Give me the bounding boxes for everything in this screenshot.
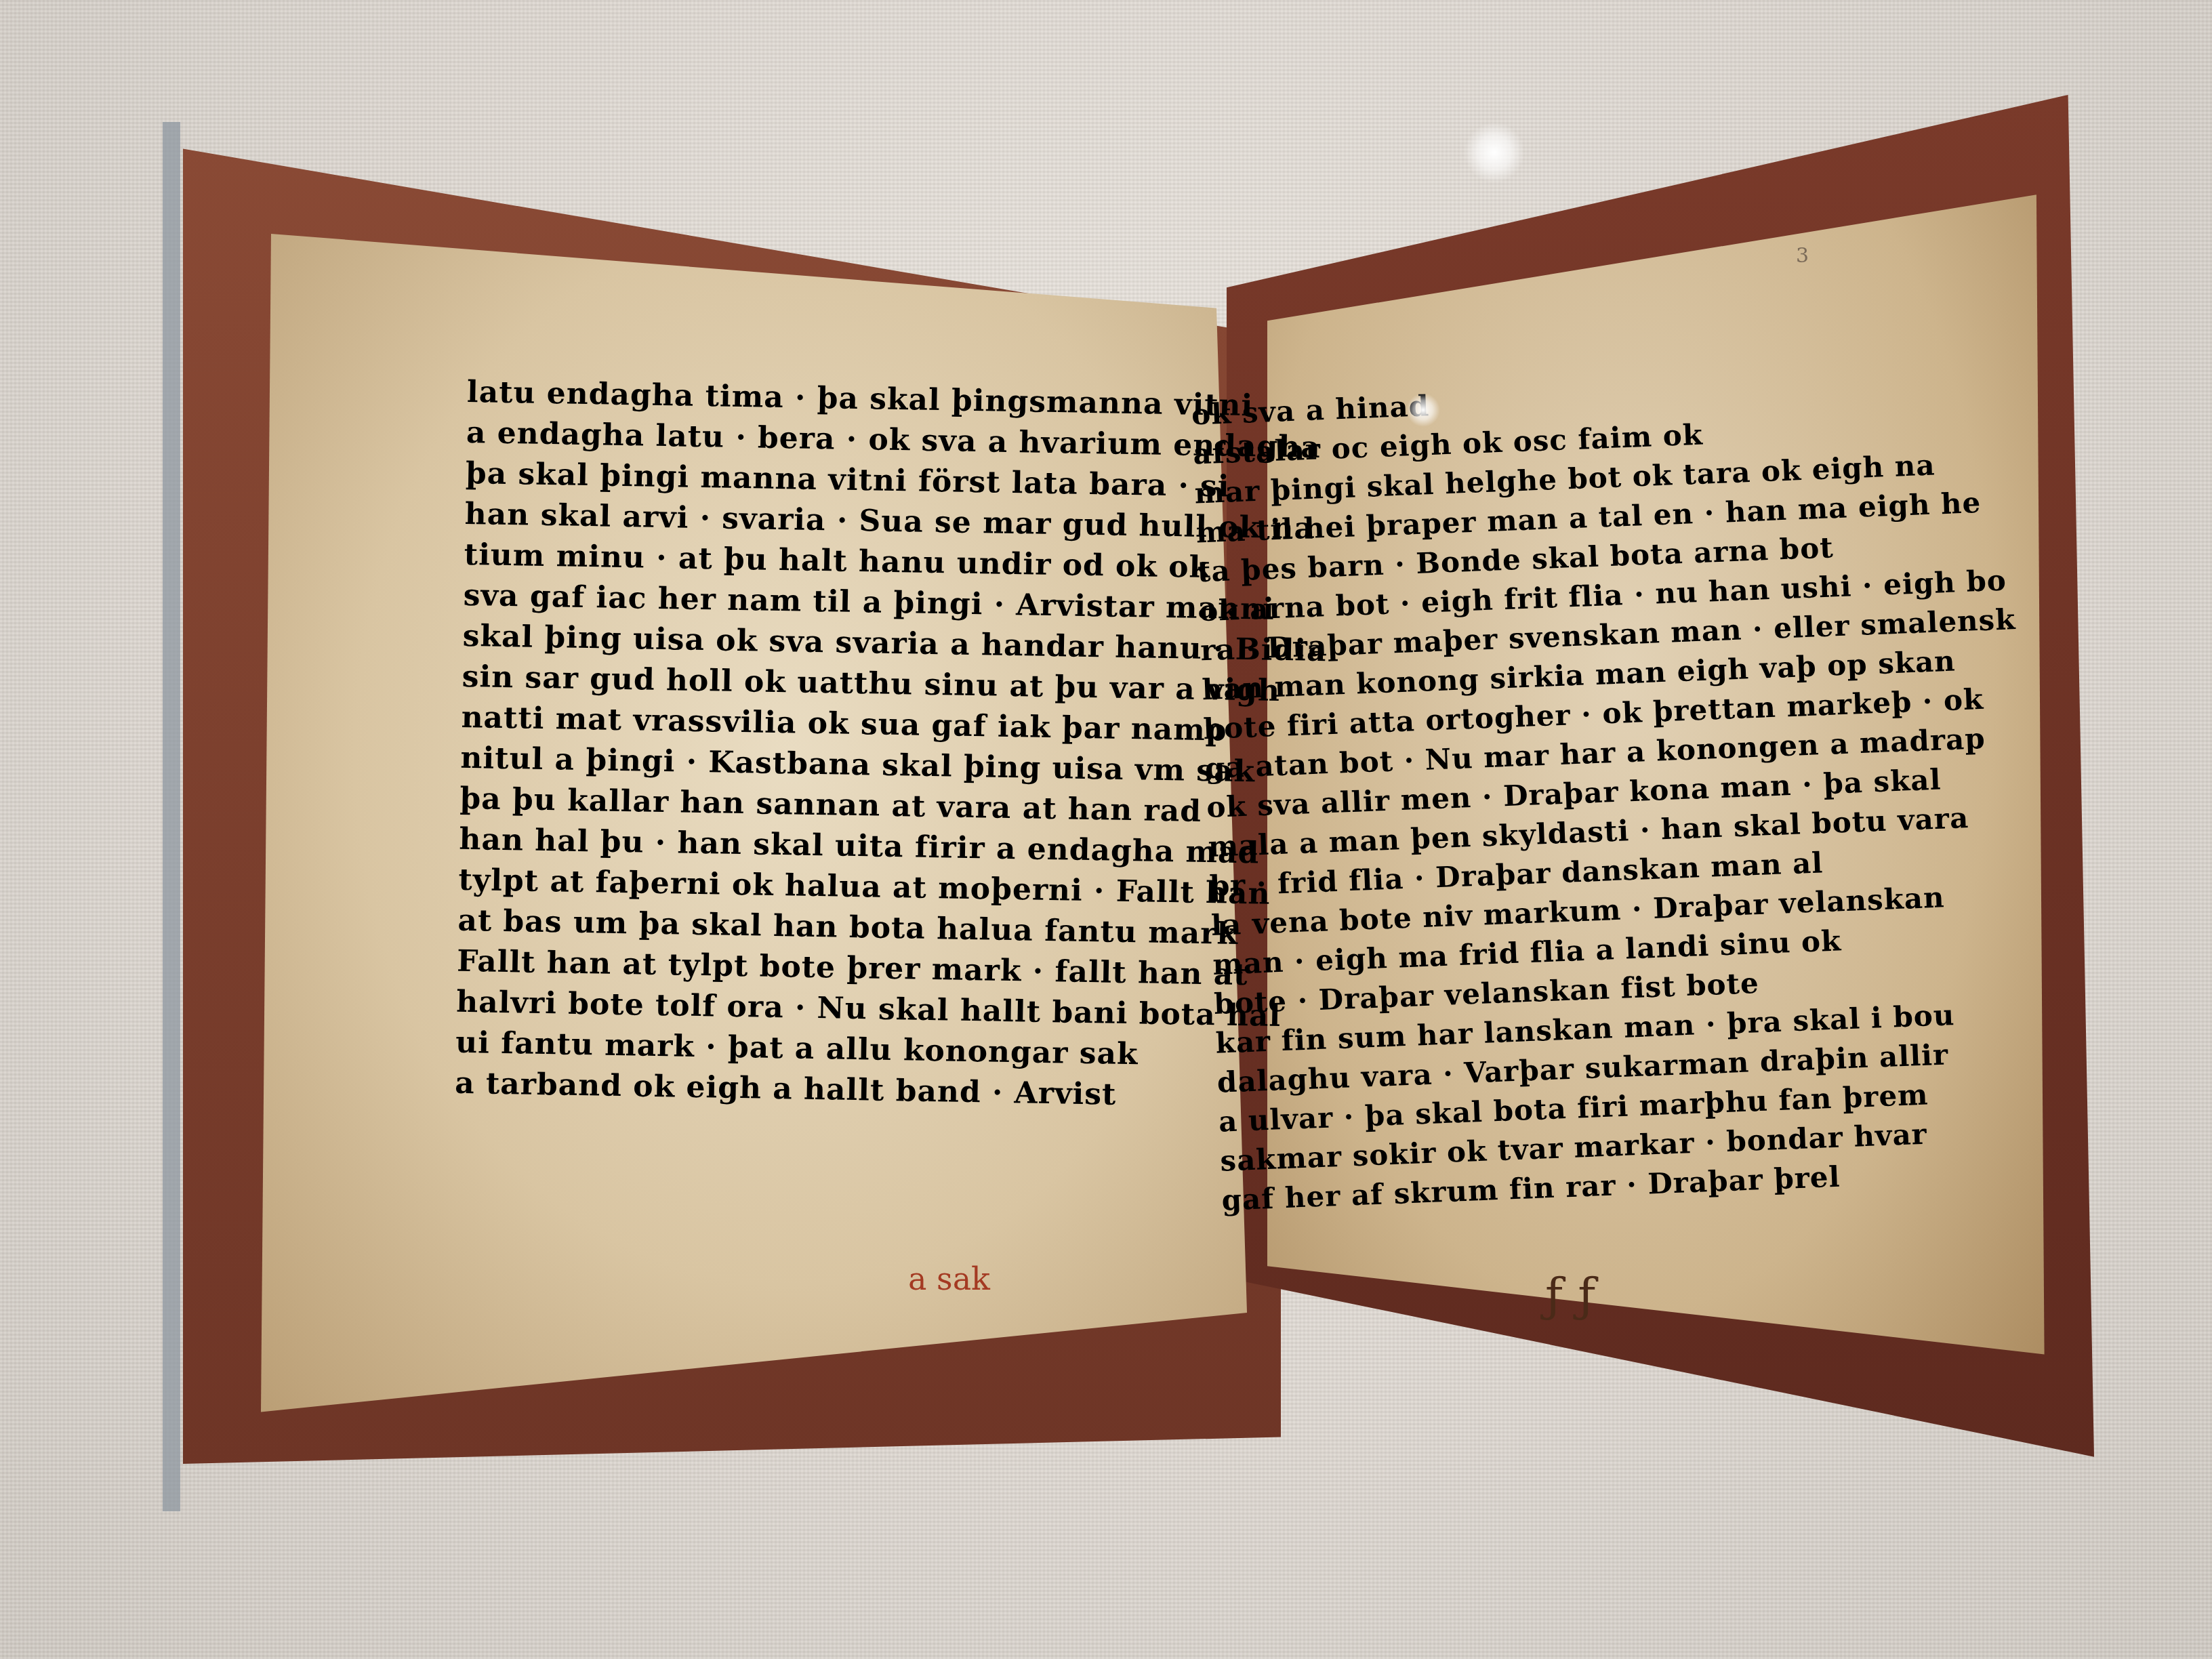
light-reflection-glare <box>1464 122 1525 183</box>
light-reflection-glare-small <box>1406 393 1440 427</box>
right-page-bottom-marks: ƒ ƒ <box>1545 1267 1595 1323</box>
right-page-number: 3 <box>1796 244 1809 268</box>
right-page-text: ok sva a hinadafstalar oc eigh ok osc fa… <box>1191 364 2038 1220</box>
left-page-bottom-mark: a sak <box>908 1261 990 1297</box>
